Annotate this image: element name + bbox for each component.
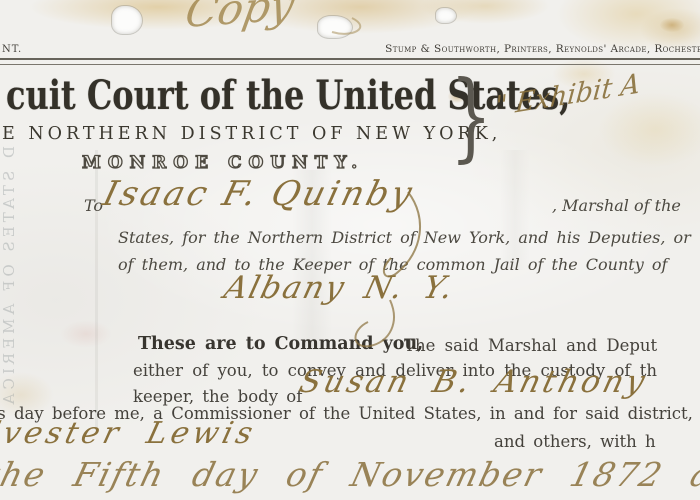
brace-glyph: } [450, 56, 492, 177]
complainant-name-script: lvester Lewis [0, 416, 256, 451]
jail-county-script: Albany N. Y. [225, 270, 454, 306]
marshal-name-script: Isaac F. Quinby [104, 174, 414, 214]
marshal-title-text: , Marshal of the [552, 196, 681, 215]
command-continuation: The said Marshal and Deput [404, 336, 657, 355]
prisoner-name-script: Susan B. Anthony [300, 364, 647, 400]
double-rule [0, 58, 700, 65]
printer-credit: Stump & Southworth, Printers, Reynolds' … [385, 43, 700, 55]
corner-fragment: NT. [2, 44, 22, 55]
crease-smudge [500, 150, 530, 270]
stain-blot [660, 18, 684, 32]
command-emphasis: These are to Command you, [138, 334, 423, 354]
watermark-vertical-text: D STATES OF AMERICA [0, 146, 18, 426]
stain-blot [60, 320, 112, 348]
masthead-county-line: MONROE COUNTY. [82, 153, 364, 173]
line-states: States, for the Northern District of New… [118, 228, 691, 247]
line-others: and others, with h [494, 432, 656, 451]
copy-annotation-script: Copy [184, 0, 295, 37]
torn-spot [436, 8, 456, 23]
document-scan: D STATES OF AMERICA Copy NT. Stump & Sou… [0, 0, 700, 500]
torn-spot [318, 16, 352, 38]
crease-line [95, 150, 98, 430]
masthead-district-line: E NORTHERN DISTRICT OF NEW YORK, [2, 124, 501, 144]
date-line-script: the Fifth day of November 1872 at R [0, 455, 700, 494]
torn-spot [112, 6, 142, 34]
